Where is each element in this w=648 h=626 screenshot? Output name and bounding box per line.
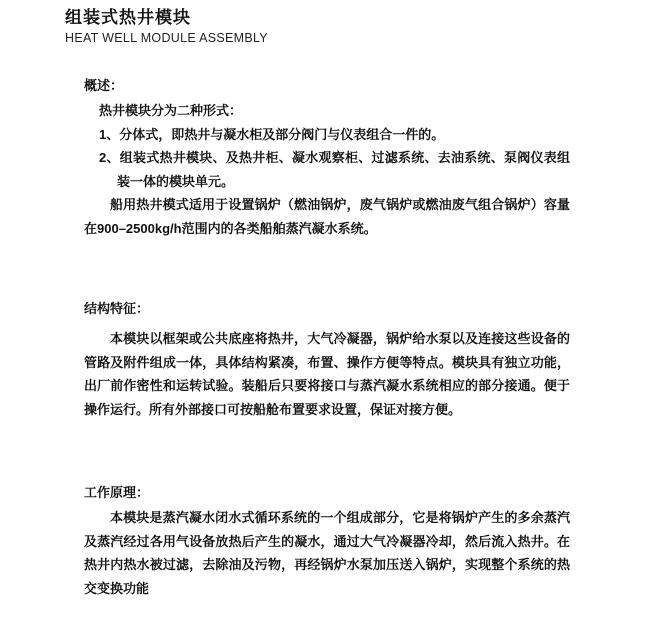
overview-paragraph: 船用热井模式适用于设置锅炉（燃油锅炉，废气锅炉或燃油废气组合锅炉）容量在900–… bbox=[84, 193, 570, 240]
list-item: 1、分体式，即热井与凝水柜及部分阀门与仪表组合一件的。 bbox=[84, 123, 570, 147]
section-principle: 工作原理： 本模块是蒸汽凝水闭水式循环系统的一个组成部分，它是将锅炉产生的多余蒸… bbox=[84, 481, 570, 600]
module-type-list: 1、分体式，即热井与凝水柜及部分阀门与仪表组合一件的。 2、组装式热井模块、及热… bbox=[84, 123, 570, 194]
section-overview: 概述： 热井模块分为二种形式： 1、分体式，即热井与凝水柜及部分阀门与仪表组合一… bbox=[84, 74, 570, 240]
section-structure: 结构特征： 本模块以框架或公共底座将热井，大气冷凝器，锅炉给水泵以及连接这些设备… bbox=[84, 297, 570, 421]
section-overview-content: 热井模块分为二种形式： 1、分体式，即热井与凝水柜及部分阀门与仪表组合一件的。 … bbox=[84, 99, 570, 240]
overview-intro: 热井模块分为二种形式： bbox=[84, 99, 570, 123]
section-heading-principle: 工作原理： bbox=[84, 481, 570, 504]
structure-paragraph: 本模块以框架或公共底座将热井，大气冷凝器，锅炉给水泵以及连接这些设备的管路及附件… bbox=[84, 327, 570, 421]
section-heading-structure: 结构特征： bbox=[84, 297, 570, 320]
document-title-zh: 组装式热井模块 bbox=[65, 8, 268, 28]
document-page: 组装式热井模块 HEAT WELL MODULE ASSEMBLY 概述： 热井… bbox=[0, 0, 648, 626]
document-title-en: HEAT WELL MODULE ASSEMBLY bbox=[65, 31, 268, 46]
section-heading-overview: 概述： bbox=[84, 74, 570, 97]
principle-paragraph: 本模块是蒸汽凝水闭水式循环系统的一个组成部分，它是将锅炉产生的多余蒸汽及蒸汽经过… bbox=[84, 506, 570, 600]
list-item: 2、组装式热井模块、及热井柜、凝水观察柜、过滤系统、去油系统、泵阀仪表组装一体的… bbox=[84, 146, 570, 193]
title-block: 组装式热井模块 HEAT WELL MODULE ASSEMBLY bbox=[65, 8, 268, 46]
